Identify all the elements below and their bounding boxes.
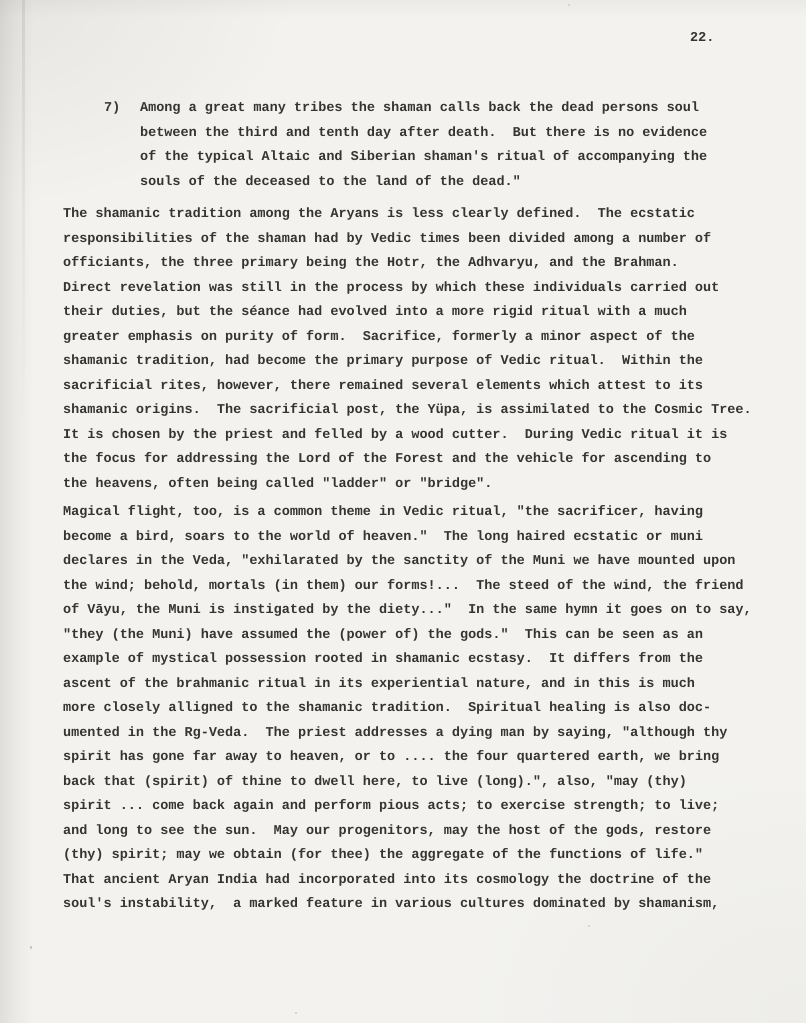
paper-edge-crease xyxy=(22,0,25,420)
text-line: of the typical Altaic and Siberian shama… xyxy=(140,146,760,171)
text-line: souls of the deceased to the land of the… xyxy=(140,171,760,196)
paragraph-shamanic-tradition: The shamanic tradition among the Aryans … xyxy=(63,203,793,497)
paper-speck xyxy=(588,925,590,927)
text-line: ascent of the brahmanic ritual in its ex… xyxy=(63,673,793,698)
text-line: become a bird, soars to the world of hea… xyxy=(63,526,793,551)
text-line: soul's instability, a marked feature in … xyxy=(63,893,793,918)
text-line: It is chosen by the priest and felled by… xyxy=(63,424,793,449)
text-line: declares in the Veda, "exhilarated by th… xyxy=(63,550,793,575)
text-line: between the third and tenth day after de… xyxy=(140,122,760,147)
text-line: the wind; behold, mortals (in them) our … xyxy=(63,575,793,600)
text-line: of Vāyu, the Muni is instigated by the d… xyxy=(63,599,793,624)
text-line: greater emphasis on purity of form. Sacr… xyxy=(63,326,793,351)
paper-speck xyxy=(295,1012,297,1014)
text-line: officiants, the three primary being the … xyxy=(63,252,793,277)
paragraph-magical-flight: Magical flight, too, is a common theme i… xyxy=(63,501,793,918)
paper-speck xyxy=(30,946,32,949)
text-line: their duties, but the séance had evolved… xyxy=(63,301,793,326)
footnote-blockquote: Among a great many tribes the shaman cal… xyxy=(140,97,760,195)
text-line: Among a great many tribes the shaman cal… xyxy=(140,97,760,122)
text-line: (thy) spirit; may we obtain (for thee) t… xyxy=(63,844,793,869)
footnote-marker: 7) xyxy=(104,97,120,122)
text-line: umented in the Rg-Veda. The priest addre… xyxy=(63,722,793,747)
text-line: more closely alligned to the shamanic tr… xyxy=(63,697,793,722)
text-line: spirit has gone far away to heaven, or t… xyxy=(63,746,793,771)
text-line: and long to see the sun. May our progeni… xyxy=(63,820,793,845)
text-line: shamanic origins. The sacrificial post, … xyxy=(63,399,793,424)
text-line: responsibilities of the shaman had by Ve… xyxy=(63,228,793,253)
text-line: Magical flight, too, is a common theme i… xyxy=(63,501,793,526)
text-line: spirit ... come back again and perform p… xyxy=(63,795,793,820)
text-line: Direct revelation was still in the proce… xyxy=(63,277,793,302)
text-line: back that (spirit) of thine to dwell her… xyxy=(63,771,793,796)
text-line: "they (the Muni) have assumed the (power… xyxy=(63,624,793,649)
text-line: shamanic tradition, had become the prima… xyxy=(63,350,793,375)
text-line: the focus for addressing the Lord of the… xyxy=(63,448,793,473)
text-line: example of mystical possession rooted in… xyxy=(63,648,793,673)
text-line: the heavens, often being called "ladder"… xyxy=(63,473,793,498)
text-line: That ancient Aryan India had incorporate… xyxy=(63,869,793,894)
text-line: The shamanic tradition among the Aryans … xyxy=(63,203,793,228)
page-number: 22. xyxy=(690,27,714,52)
text-line: sacrificial rites, however, there remain… xyxy=(63,375,793,400)
paper-speck xyxy=(568,4,570,6)
